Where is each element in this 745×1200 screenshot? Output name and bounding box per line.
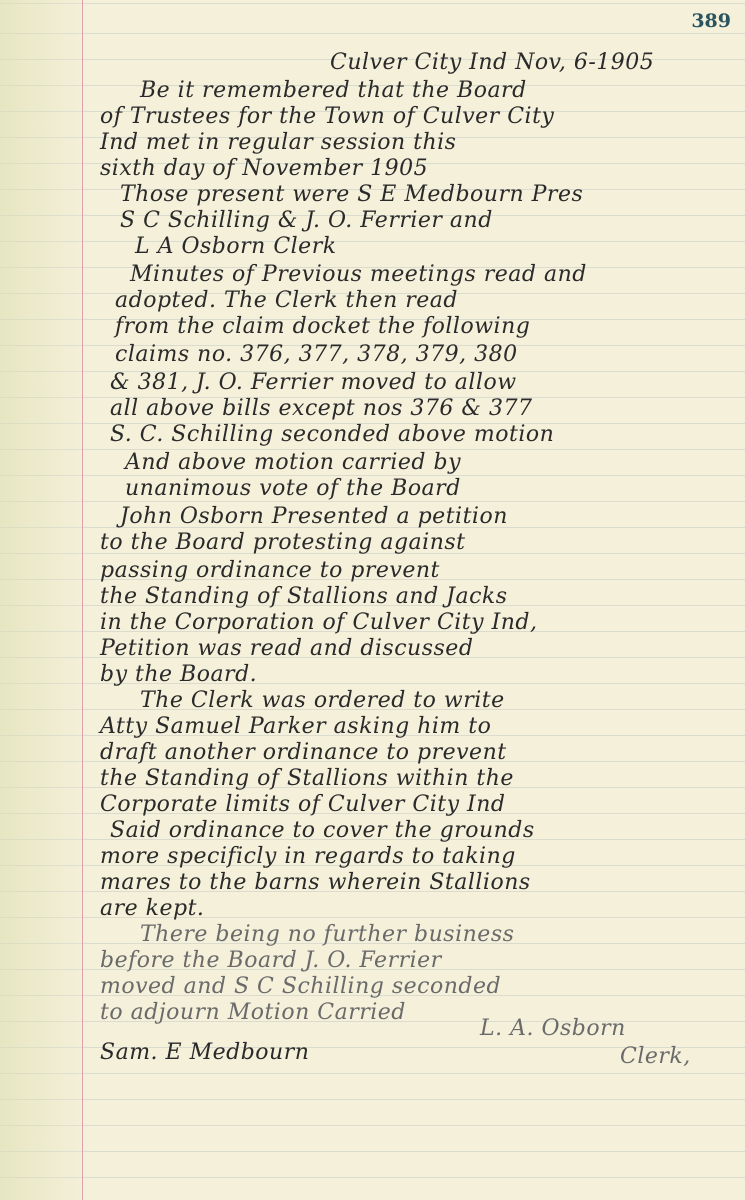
text-line: of Trustees for the Town of Culver City (100, 104, 554, 129)
text-line: Atty Samuel Parker asking him to (100, 714, 491, 739)
text-line: Said ordinance to cover the grounds (110, 818, 535, 843)
text-line: before the Board J. O. Ferrier (100, 948, 442, 973)
text-line: Those present were S E Medbourn Pres (120, 182, 583, 207)
text-line: The Clerk was ordered to write (140, 688, 505, 713)
text-line: L A Osborn Clerk (135, 234, 337, 259)
text-line: mares to the barns wherein Stallions (100, 870, 531, 895)
text-line: more specificly in regards to taking (100, 844, 516, 869)
text-line: in the Corporation of Culver City Ind, (100, 610, 538, 635)
text-line: John Osborn Presented a petition (120, 504, 508, 529)
margin-line (82, 0, 83, 1200)
text-line: sixth day of November 1905 (100, 156, 428, 181)
text-line: moved and S C Schilling seconded (100, 974, 501, 999)
text-line: passing ordinance to prevent (100, 558, 440, 583)
text-line: S. C. Schilling seconded above motion (110, 422, 554, 447)
ledger-page: 389 Culver City Ind Nov, 6-1905 Be it re… (0, 0, 745, 1200)
text-line: from the claim docket the following (115, 314, 530, 339)
text-line: are kept. (100, 896, 204, 921)
text-line: the Standing of Stallions and Jacks (100, 584, 508, 609)
text-line: the Standing of Stallions within the (100, 766, 514, 791)
clerk-title: Clerk, (620, 1044, 691, 1069)
president-signature: Sam. E Medbourn (100, 1040, 309, 1065)
page-number: 389 (691, 10, 731, 32)
page-edge-shading (0, 0, 82, 1200)
text-line: adopted. The Clerk then read (115, 288, 458, 313)
text-line: & 381, J. O. Ferrier moved to allow (110, 370, 517, 395)
text-line: Corporate limits of Culver City Ind (100, 792, 505, 817)
text-line: And above motion carried by (125, 450, 461, 475)
text-line: Petition was read and discussed (100, 636, 473, 661)
text-line: Ind met in regular session this (100, 130, 456, 155)
text-line: draft another ordinance to prevent (100, 740, 507, 765)
text-line: S C Schilling & J. O. Ferrier and (120, 208, 493, 233)
text-line: to adjourn Motion Carried (100, 1000, 406, 1025)
text-line: claims no. 376, 377, 378, 379, 380 (115, 342, 518, 367)
text-line: Minutes of Previous meetings read and (130, 262, 587, 287)
text-line: to the Board protesting against (100, 530, 466, 555)
text-line: There being no further business (140, 922, 514, 947)
text-line: by the Board. (100, 662, 257, 687)
text-line: Be it remembered that the Board (140, 78, 527, 103)
text-line: unanimous vote of the Board (125, 476, 461, 501)
date-heading: Culver City Ind Nov, 6-1905 (330, 50, 654, 75)
text-line: all above bills except nos 376 & 377 (110, 396, 532, 421)
clerk-signature: L. A. Osborn (480, 1016, 626, 1041)
